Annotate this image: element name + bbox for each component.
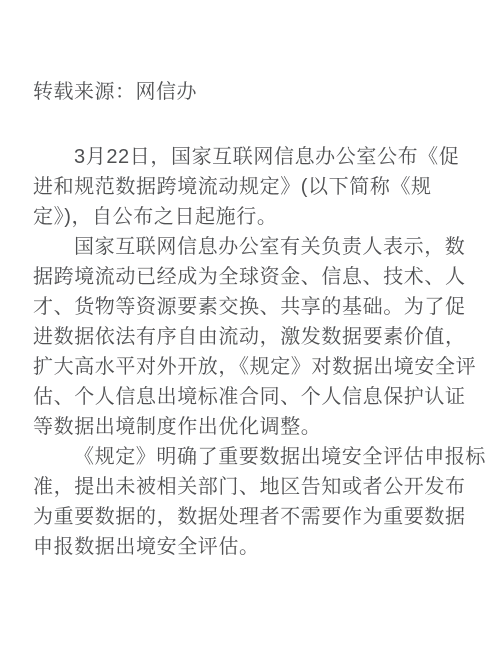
paragraph: 3月22日，国家互联网信息办公室公布《促进和规范数据跨境流动规定》(以下简称《规… xyxy=(33,142,467,232)
text-line: 据跨境流动已经成为全球资金、信息、技术、人 xyxy=(33,262,467,292)
text-line: 进数据依法有序自由流动，激发数据要素价值， xyxy=(33,322,467,352)
text-line: 进和规范数据跨境流动规定》(以下简称《规 xyxy=(33,172,467,202)
text-line: 3月22日，国家互联网信息办公室公布《促 xyxy=(33,142,467,172)
source-attribution: 转载来源：网信办 xyxy=(33,77,467,107)
paragraph: 《规定》明确了重要数据出境安全评估申报标准，提出未被相关部门、地区告知或者公开发… xyxy=(33,442,467,562)
text-line: 扩大高水平对外开放，《规定》对数据出境安全评 xyxy=(33,352,467,382)
text-line: 估、个人信息出境标准合同、个人信息保护认证 xyxy=(33,382,467,412)
text-line: 才、货物等资源要素交换、共享的基础。为了促 xyxy=(33,292,467,322)
article-body: 3月22日，国家互联网信息办公室公布《促进和规范数据跨境流动规定》(以下简称《规… xyxy=(33,142,467,562)
text-line: 为重要数据的，数据处理者不需要作为重要数据 xyxy=(33,502,467,532)
text-line: 《规定》明确了重要数据出境安全评估申报标 xyxy=(33,442,467,472)
text-line: 等数据出境制度作出优化调整。 xyxy=(33,412,467,442)
text-line: 定》)，自公布之日起施行。 xyxy=(33,202,467,232)
text-line: 国家互联网信息办公室有关负责人表示，数 xyxy=(33,232,467,262)
text-line: 申报数据出境安全评估。 xyxy=(33,532,467,562)
article-page: 转载来源：网信办 3月22日，国家互联网信息办公室公布《促进和规范数据跨境流动规… xyxy=(0,0,500,655)
paragraph: 国家互联网信息办公室有关负责人表示，数据跨境流动已经成为全球资金、信息、技术、人… xyxy=(33,232,467,442)
text-line: 准，提出未被相关部门、地区告知或者公开发布 xyxy=(33,472,467,502)
